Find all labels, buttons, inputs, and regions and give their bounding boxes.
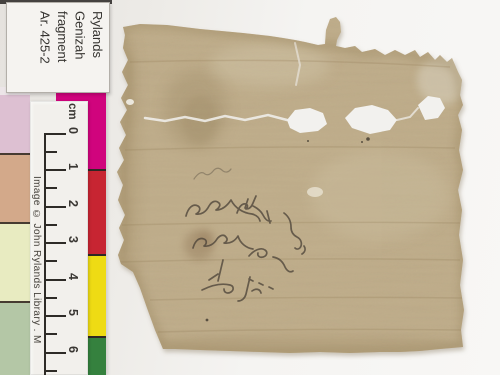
ruler-unit-label: cm: [66, 103, 78, 120]
ruler-tick-label-5: 5: [66, 309, 80, 316]
color-patch-tan: [0, 155, 30, 222]
light-patch: [210, 43, 330, 87]
ruler-tick-label-6: 6: [66, 346, 80, 353]
abrasion-fleck: [307, 187, 323, 197]
fragment-surface-detail: [110, 5, 480, 360]
ruler-tick-label-4: 4: [66, 273, 80, 280]
label-line-shelfmark: Ar. 425-2: [36, 11, 54, 92]
paper-loss-fleck: [126, 99, 134, 105]
copyright-notice: Image © John Rylands Library . M: [31, 176, 42, 344]
color-calibration-muted-column: [0, 87, 30, 375]
color-patch-pale-yellow: [0, 224, 30, 301]
ruler-tick-label-1: 1: [66, 163, 80, 170]
label-line-collection: Rylands: [89, 11, 107, 92]
ruler-tick-label-0: 0: [66, 127, 80, 134]
color-patch-sage-green: [0, 303, 30, 375]
reference-label-text: Rylands Genizah fragment Ar. 425-2: [7, 3, 109, 92]
ruler-tick-label-3: 3: [66, 236, 80, 243]
ruler-tick-label-2: 2: [66, 200, 80, 207]
reference-label: Rylands Genizah fragment Ar. 425-2: [6, 2, 110, 93]
color-patch-pink: [0, 95, 30, 153]
light-patch: [310, 150, 450, 240]
label-line-series: Genizah: [71, 11, 89, 92]
label-line-type: fragment: [54, 11, 72, 92]
manuscript-fragment: [110, 5, 480, 360]
photograph-of-genizah-fragment: cm 0 1 2 3 4 5 6 Image © John Rylands Li…: [0, 0, 500, 375]
